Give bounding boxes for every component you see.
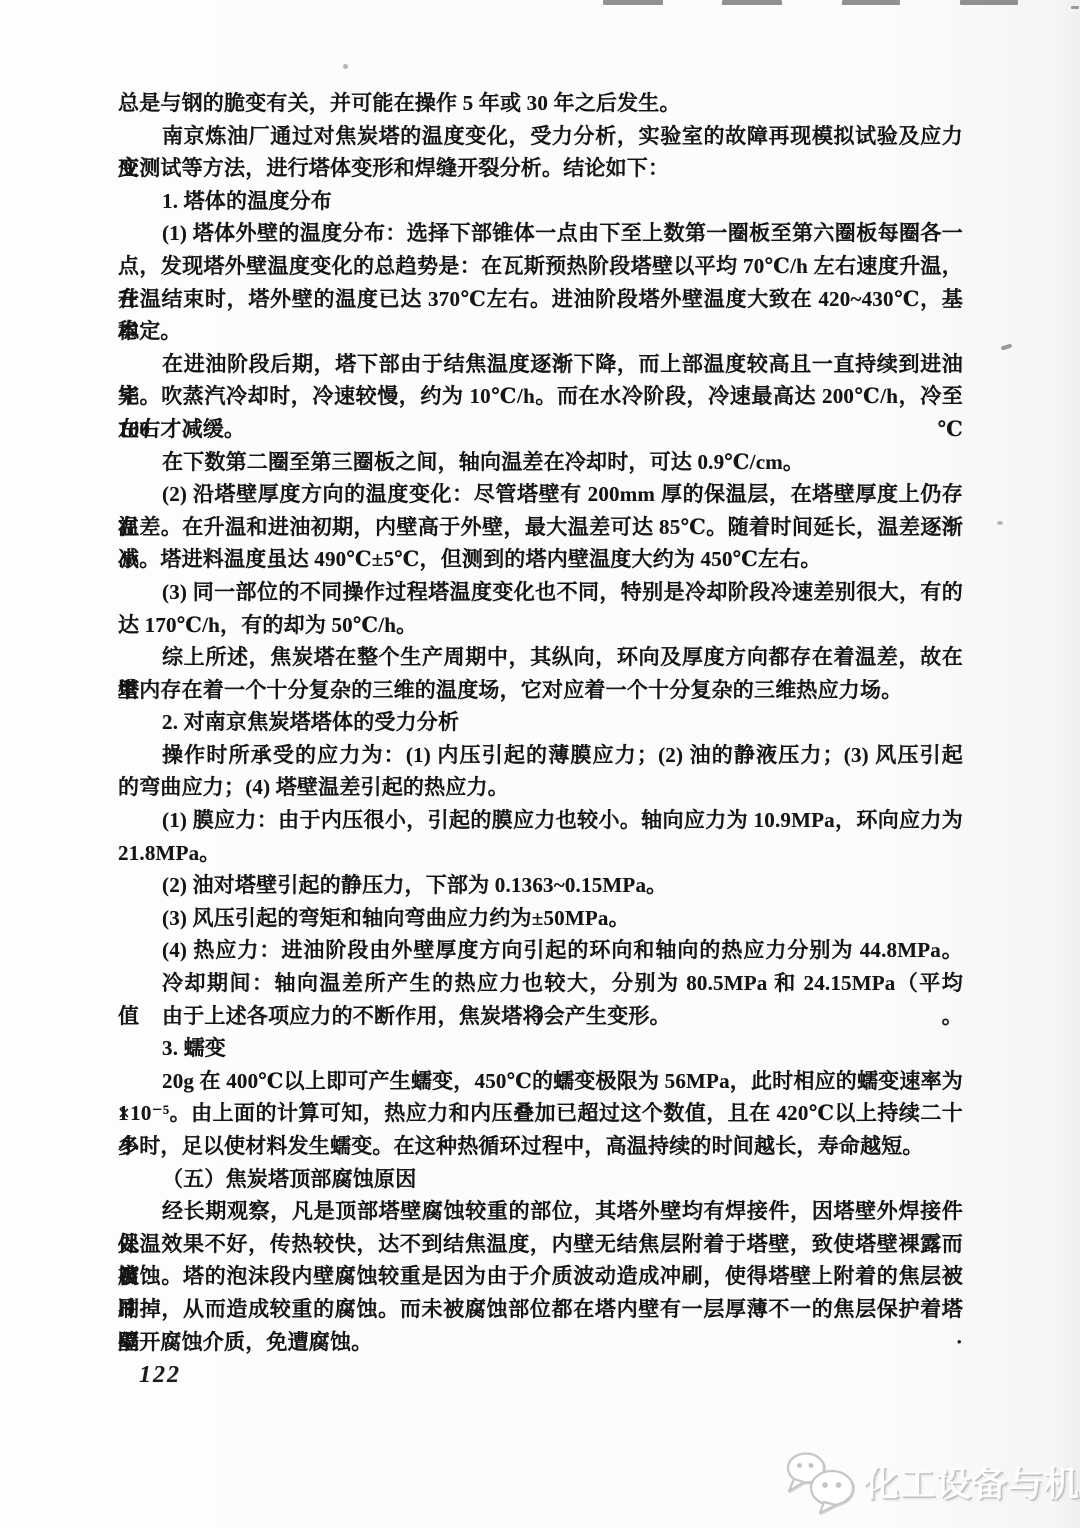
text-line: 腐蚀。塔的泡沫段内壁腐蚀较重是因为由于介质波动造成冲刷，使得塔壁上附着的焦层被冲 <box>118 1260 963 1293</box>
text-line: 毕。吹蒸汽冷却时，冷速较慢，约为 10℃/h。而在水冷阶段，冷速最高达 200℃… <box>118 380 963 413</box>
text-line: 变测试等方法，进行塔体变形和焊缝开裂分析。结论如下： <box>118 152 963 185</box>
text-line: 在下数第二圈至第三圈板之间，轴向温差在冷却时，可达 0.9℃/cm。 <box>118 446 963 479</box>
scan-speck <box>343 64 348 69</box>
text-line: 1. 塔体的温度分布 <box>118 185 963 218</box>
text-line: 温差。在升温和进油初期，内壁高于外壁，最大温差可达 85℃。随着时间延长，温差逐… <box>118 511 963 544</box>
text-line: (1) 膜应力：由于内压很小，引起的膜应力也较小。轴向应力为 10.9MPa，环… <box>118 804 963 837</box>
text-line: 稳定。 <box>118 315 963 348</box>
page-number: 122 <box>139 1362 181 1389</box>
text-line: 刷掉，从而造成较重的腐蚀。而未被腐蚀部位都在塔内壁有一层厚薄不一的焦层保护着塔壁… <box>118 1293 963 1326</box>
text-line: (2) 油对塔壁引起的静压力，下部为 0.1363~0.15MPa。 <box>118 869 963 902</box>
text-line: 小。塔进料温度虽达 490℃±5℃，但测到的塔内壁温度大约为 450℃左右。 <box>118 543 963 576</box>
text-line: 操作时所承受的应力为：(1) 内压引起的薄膜应力；(2) 油的静液压力；(3) … <box>118 739 963 772</box>
scan-mark <box>603 0 663 5</box>
text-line: (3) 风压引起的弯矩和轴向弯曲应力约为±50MPa。 <box>118 902 963 935</box>
text-line: 2. 对南京焦炭塔塔体的受力分析 <box>118 706 963 739</box>
text-line: 小时，足以使材料发生蠕变。在这种热循环过程中，高温持续的时间越长，寿命越短。 <box>118 1130 963 1163</box>
text-line: 总是与钢的脆变有关，并可能在操作 5 年或 30 年之后发生。 <box>118 87 963 120</box>
text-line: 保温效果不好，传热较快，达不到结焦温度，内壁无结焦层附着于塔壁，致使塔壁裸露而被 <box>118 1228 963 1261</box>
text-line: 综上所述，焦炭塔在整个生产周期中，其纵向，环向及厚度方向都存在着温差，故在塔 <box>118 641 963 674</box>
text-line: (2) 沿塔壁厚度方向的温度变化：尽管塔壁有 200mm 厚的保温层，在塔壁厚度… <box>118 478 963 511</box>
scan-mark <box>1071 6 1079 9</box>
text-line: (3) 同一部位的不同操作过程塔温度变化也不同，特别是冷却阶段冷速差别很大，有的 <box>118 576 963 609</box>
text-line: (1) 塔体外壁的温度分布：选择下部锥体一点由下至上数第一圈板至第六圈板每圈各一 <box>118 217 963 250</box>
text-line: 南京炼油厂通过对焦炭塔的温度变化，受力分析，实验室的故障再现模拟试验及应力应 <box>118 120 963 153</box>
text-line: （五）焦炭塔顶部腐蚀原因 <box>118 1163 963 1196</box>
text-line: 点，发现塔外壁温度变化的总趋势是：在瓦斯预热阶段塔壁以平均 70℃/h 左右速度… <box>118 250 963 283</box>
text-line: 的弯曲应力；(4) 塔壁温差引起的热应力。 <box>118 771 963 804</box>
publisher-watermark: 化工设备与机械 <box>782 1448 1062 1516</box>
document-body: 总是与钢的脆变有关，并可能在操作 5 年或 30 年之后发生。南京炼油厂通过对焦… <box>118 87 963 1358</box>
text-line: 升温结束时，塔外壁的温度已达 370℃左右。进油阶段塔外壁温度大致在 420~4… <box>118 283 963 316</box>
text-line: 经长期观察，凡是顶部塔壁腐蚀较重的部位，其塔外壁均有焊接件，因塔壁外焊接件处 <box>118 1195 963 1228</box>
text-line: 壁内存在着一个十分复杂的三维的温度场，它对应着一个十分复杂的三维热应力场。 <box>118 674 963 707</box>
text-line: (4) 热应力：进油阶段由外壁厚度方向引起的环向和轴向的热应力分别为 44.8M… <box>118 934 963 967</box>
text-line: 21.8MPa。 <box>118 837 963 870</box>
text-line: 达 170℃/h，有的却为 50℃/h。 <box>118 609 963 642</box>
text-line: 冷却期间：轴向温差所产生的热应力也较大，分别为 80.5MPa 和 24.15M… <box>118 967 963 1000</box>
text-line: 3. 蠕变 <box>118 1032 963 1065</box>
publisher-name: 化工设备与机械 <box>864 1457 1080 1507</box>
scan-speck <box>1001 343 1013 350</box>
text-line: 在进油阶段后期，塔下部由于结焦温度逐渐下降，而上部温度较高且一直持续到进油完 <box>118 348 963 381</box>
scanned-document-page: 总是与钢的脆变有关，并可能在操作 5 年或 30 年之后发生。南京炼油厂通过对焦… <box>0 0 1080 1528</box>
wechat-icon <box>782 1449 858 1515</box>
scan-speck <box>997 521 1003 525</box>
text-line: 20g 在 400℃以上即可产生蠕变，450℃的蠕变极限为 56MPa，此时相应… <box>118 1065 963 1098</box>
scan-mark <box>960 0 1018 5</box>
scan-mark <box>842 0 900 5</box>
text-line: ×10⁻⁵。由上面的计算可知，热应力和内压叠加已超过这个数值，且在 420℃以上… <box>118 1097 963 1130</box>
scan-mark <box>722 0 782 5</box>
